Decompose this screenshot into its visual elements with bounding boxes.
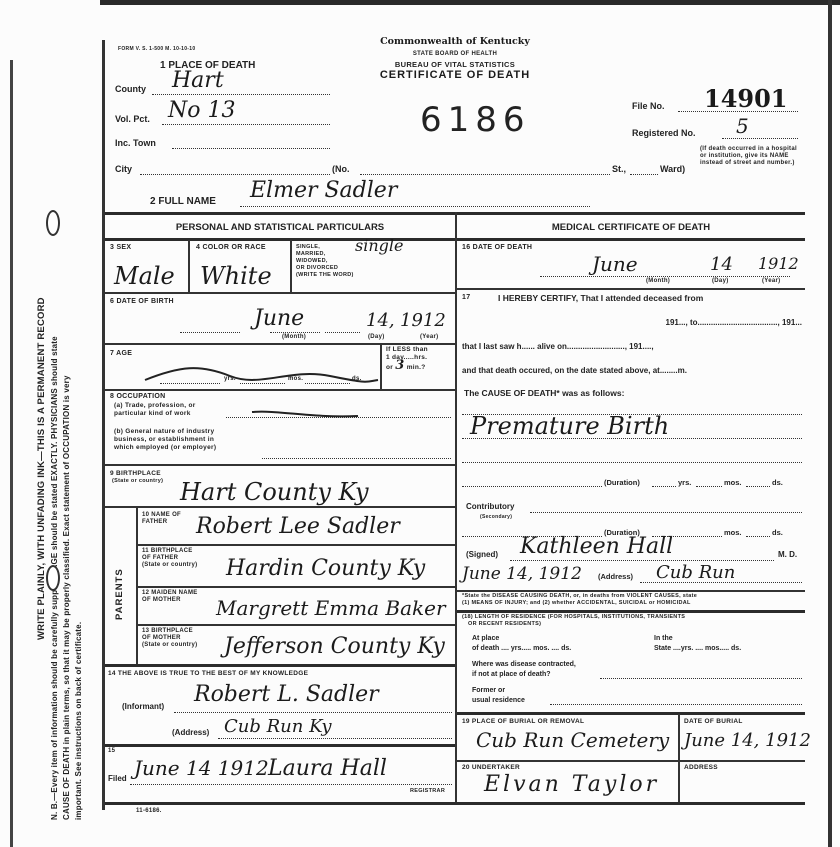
father-birthplace-value: Hardin County Ky xyxy=(226,556,425,581)
burial-place-value: Cub Run Cemetery xyxy=(476,728,669,752)
certify-line-2: 191..., to..............................… xyxy=(462,318,802,327)
true-statement-label: 14 THE ABOVE IS TRUE TO THE BEST OF MY K… xyxy=(108,670,308,677)
occupation-label: 8 OCCUPATION xyxy=(110,393,165,400)
commonwealth-label: Commonwealth of Kentucky xyxy=(360,36,550,47)
medical-heading: MEDICAL CERTIFICATE OF DEATH xyxy=(457,222,805,233)
sex-value: Male xyxy=(114,262,175,290)
certify-statement: I HEREBY CERTIFY, That I attended deceas… xyxy=(498,293,703,303)
father-name-value: Robert Lee Sadler xyxy=(196,514,400,539)
mother-birthplace-value: Jefferson County Ky xyxy=(224,634,445,659)
side-note-line1: WRITE PLAINLY, WITH UNFADING INK—THIS IS… xyxy=(36,297,47,640)
left-page-edge xyxy=(10,60,13,847)
street-label: St., xyxy=(612,164,626,174)
registered-no-label: Registered No. xyxy=(632,128,696,138)
month-label: (Month) xyxy=(282,334,306,340)
father-name-label: 10 NAME OFFATHER xyxy=(142,512,181,526)
file-no-value: 14901 xyxy=(704,84,788,113)
informant-address-value: Cub Run Ky xyxy=(224,716,332,737)
county-label: County xyxy=(115,84,146,94)
age-scribble-icon xyxy=(140,358,380,384)
vol-pct-value: No 13 xyxy=(168,98,235,123)
dob-day: 14, xyxy=(366,310,395,331)
dob-month: June xyxy=(254,306,304,331)
cause-footnote: *State the DISEASE CAUSING DEATH, or, in… xyxy=(462,593,697,607)
birthplace-value: Hart County Ky xyxy=(180,478,369,506)
bureau-label: BUREAU OF VITAL STATISTICS xyxy=(360,60,550,69)
signed-date-value: June 14, 1912 xyxy=(462,564,582,584)
certify-line-3: that I last saw h...... alive on........… xyxy=(462,342,654,351)
occupation-scribble-icon xyxy=(250,408,360,420)
residence-label: (18) LENGTH OF RESIDENCE (FOR HOSPITALS,… xyxy=(462,614,685,628)
certificate-title: CERTIFICATE OF DEATH xyxy=(360,69,550,81)
street-no-label: (No. xyxy=(332,164,350,174)
dod-month: June xyxy=(592,252,638,276)
residence-in-state: In theState ....yrs. .... mos..... ds. xyxy=(654,634,741,654)
registrar-label: REGISTRAR xyxy=(410,788,445,794)
former-residence: Former orusual residence xyxy=(472,686,525,706)
vol-pct-label: Vol. Pct. xyxy=(115,114,150,124)
father-birthplace-label: 11 BIRTHPLACEOF FATHER(State or country) xyxy=(142,548,197,569)
certify-line-4: and that death occured, on the date stat… xyxy=(462,366,687,375)
mother-name-value: Margrett Emma Baker xyxy=(216,596,446,620)
disease-contracted: Where was disease contracted,if not at p… xyxy=(472,660,576,680)
less-than-day-label: If LESS than 1 day.....hrs. or 3 min.? xyxy=(386,346,428,372)
personal-heading: PERSONAL AND STATISTICAL PARTICULARS xyxy=(105,222,455,233)
dod-year: 1912 xyxy=(758,254,799,273)
inc-town-label: Inc. Town xyxy=(115,138,156,148)
informant-address-label: (Address) xyxy=(172,728,209,737)
full-name-value: Elmer Sadler xyxy=(250,178,397,203)
city-label: City xyxy=(115,164,132,174)
punch-hole-icon xyxy=(46,565,60,591)
registrar-value: Laura Hall xyxy=(268,756,387,781)
mother-birthplace-label: 13 BIRTHPLACEOF MOTHER(State or country) xyxy=(142,628,197,649)
cause-of-death-value: Premature Birth xyxy=(470,412,669,440)
registered-no-value: 5 xyxy=(736,114,749,138)
race-value: White xyxy=(200,262,272,290)
undertaker-label: 20 UNDERTAKER xyxy=(462,764,520,771)
undertaker-address-label: ADDRESS xyxy=(684,764,718,771)
age-minutes-value: 3 xyxy=(395,358,404,373)
age-label: 7 AGE xyxy=(110,350,132,357)
form-code: FORM V. S. 1-500 M. 10-10-10 xyxy=(118,46,195,52)
year-label: (Year) xyxy=(420,334,438,340)
race-label: 4 COLOR OR RACE xyxy=(196,244,266,251)
parents-label: PARENTS xyxy=(114,568,125,620)
side-note-line4: important. See instructions on back of c… xyxy=(74,622,83,820)
left-margin-rule xyxy=(102,40,105,810)
board-label: STATE BOARD OF HEALTH xyxy=(360,51,550,57)
filed-label: Filed xyxy=(108,774,127,783)
physician-address-value: Cub Run xyxy=(656,562,735,583)
hospital-note: (If death occurred in a hospital or inst… xyxy=(700,146,800,167)
residence-at-place: At placeof death .... yrs..... mos. ....… xyxy=(472,634,571,654)
occupation-a-label: (a) Trade, profession, or particular kin… xyxy=(114,402,196,418)
full-name-label: 2 FULL NAME xyxy=(150,196,216,207)
footer-code: 11-6186. xyxy=(136,808,162,814)
county-value: Hart xyxy=(172,68,224,93)
cause-of-death-label: The CAUSE OF DEATH* was as follows: xyxy=(464,388,624,398)
birthplace-label: 9 BIRTHPLACE xyxy=(110,470,161,477)
contributory-label: Contributory xyxy=(466,502,514,511)
physician-signature: Kathleen Hall xyxy=(520,534,673,559)
burial-place-label: 19 PLACE OF BURIAL OR REMOVAL xyxy=(462,718,584,725)
dod-day: 14 xyxy=(710,254,733,275)
ward-label: Ward) xyxy=(660,164,685,174)
date-of-death-label: 16 DATE OF DEATH xyxy=(462,244,532,251)
signed-label: (Signed) xyxy=(466,550,498,559)
marital-label: SINGLE, MARRIED, WIDOWED, OR DIVORCED (W… xyxy=(296,244,354,279)
dob-year: 1912 xyxy=(400,310,446,331)
informant-value: Robert L. Sadler xyxy=(194,682,379,707)
informant-label: (Informant) xyxy=(122,702,164,711)
burial-date-value: June 14, 1912 xyxy=(684,730,811,751)
sex-label: 3 SEX xyxy=(110,244,131,251)
undertaker-value: Elvan Taylor xyxy=(484,772,659,797)
dob-label: 6 DATE OF BIRTH xyxy=(110,298,174,305)
filed-date-value: June 14 1912 xyxy=(134,756,269,780)
top-border xyxy=(100,0,840,5)
day-label: (Day) xyxy=(368,334,385,340)
side-instructions: WRITE PLAINLY, WITH UNFADING INK—THIS IS… xyxy=(22,180,102,820)
file-no-label: File No. xyxy=(632,101,665,111)
death-certificate: WRITE PLAINLY, WITH UNFADING INK—THIS IS… xyxy=(0,0,840,847)
handwritten-number: 6186 xyxy=(420,100,531,140)
burial-date-label: DATE OF BURIAL xyxy=(684,718,743,725)
punch-hole-icon xyxy=(46,210,60,236)
side-note-line3: CAUSE OF DEATH in plain terms, so that i… xyxy=(62,375,71,820)
marital-value: single xyxy=(355,236,403,255)
mother-name-label: 12 MAIDEN NAMEOF MOTHER xyxy=(142,590,198,604)
occupation-b-label: (b) General nature of industry business,… xyxy=(114,428,216,452)
right-border xyxy=(828,0,832,847)
